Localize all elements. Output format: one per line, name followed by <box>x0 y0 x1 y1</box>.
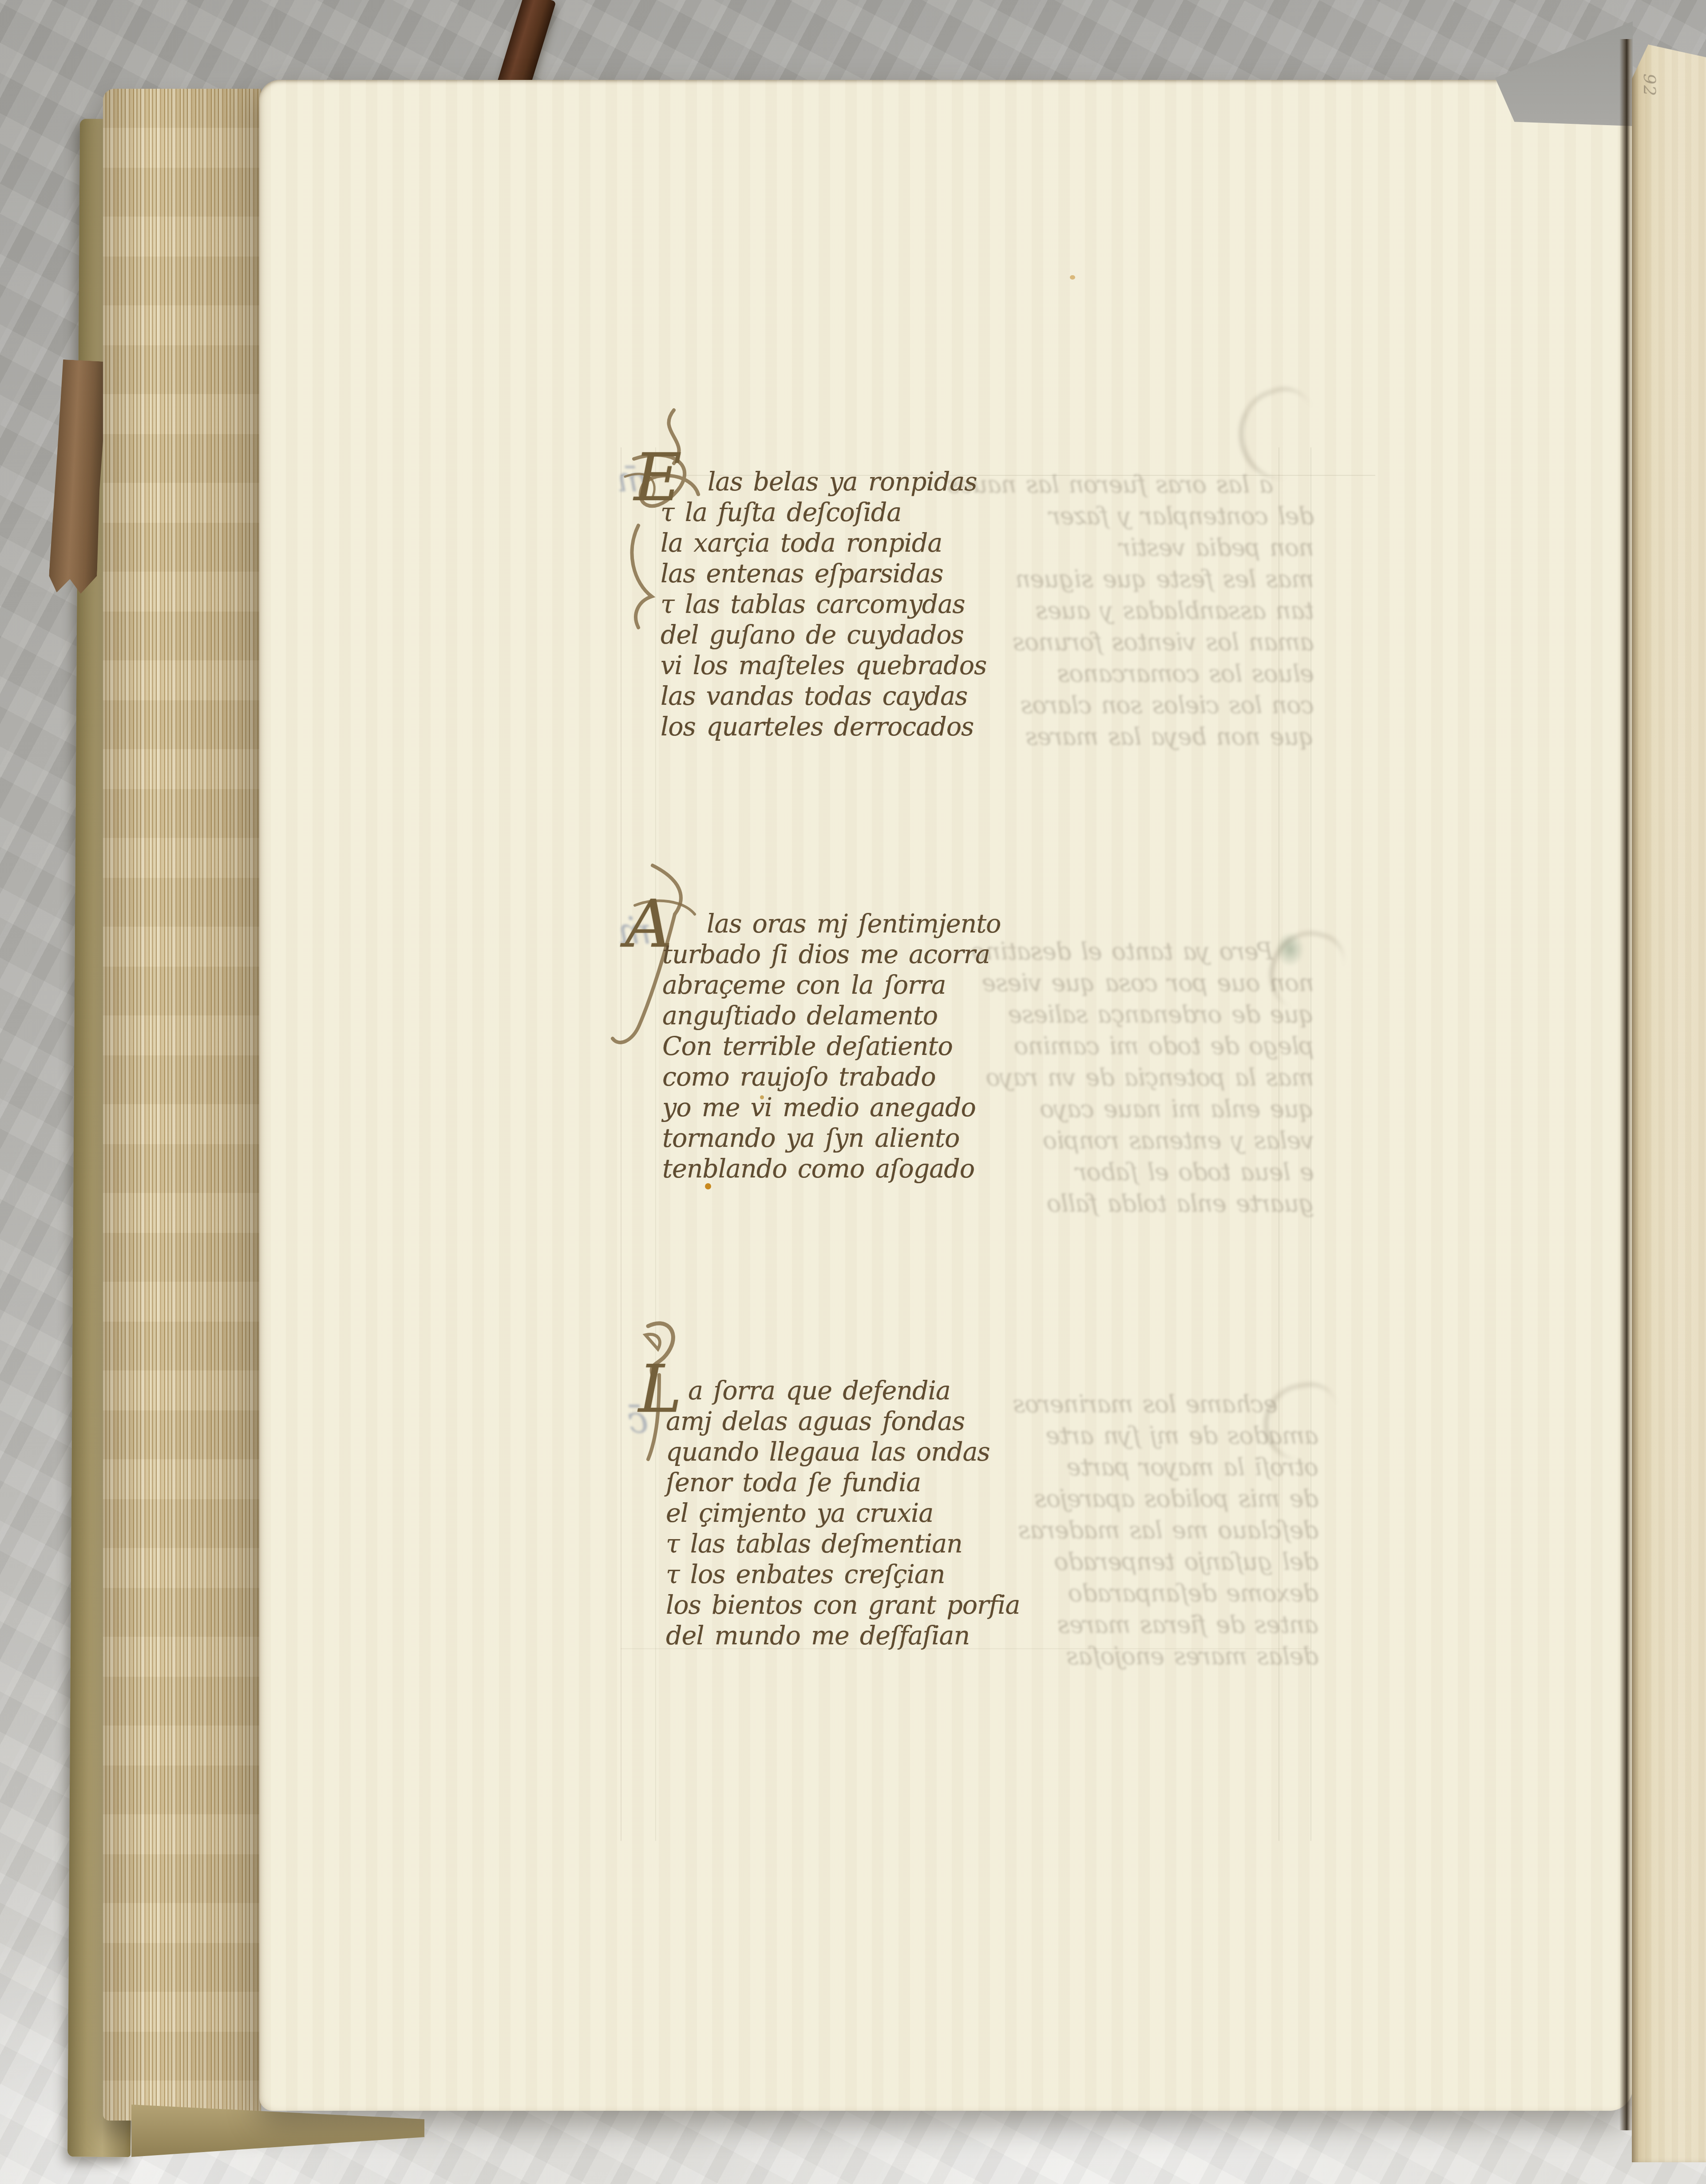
vellum-cover-bottom <box>131 2105 424 2157</box>
verse-line: turbado ſi dios me acorra <box>662 940 1001 970</box>
verse-line: yo me vi medio anegado <box>662 1093 1001 1123</box>
verse-line: deſclauo me las maderas <box>1017 1514 1318 1546</box>
verse-line: Con terrible deſatiento <box>662 1031 1001 1062</box>
verse-line: mas les feste que siguen <box>1025 563 1314 595</box>
verse-line: guarte enla tolda fallo <box>1025 1188 1314 1219</box>
verse-line: tenblando como aſogado <box>662 1154 1001 1185</box>
verse-line: antes de fieras mares <box>1017 1609 1318 1640</box>
verse-line: delas mares enojoſas <box>1017 1640 1318 1672</box>
verse-line: τ las tablas carcomydas <box>661 589 986 620</box>
page-edges-stack <box>103 89 261 2121</box>
verse-line: non oue por cosa que viese <box>1025 967 1314 999</box>
verse-line: amj delas aguas fondas <box>666 1406 1020 1437</box>
verse-line: τ los enbates creſçian <box>666 1560 1020 1590</box>
verse-line: el çimjento ya cruxia <box>666 1498 1020 1529</box>
verse-line: e leua todo el ſabor <box>1025 1156 1314 1188</box>
ink-speck <box>760 1095 764 1099</box>
verse-line: dexome deſanparado <box>1017 1577 1318 1609</box>
verse-line: non pedia vestir <box>1025 532 1314 563</box>
verse-line: quando llegaua las ondas <box>666 1437 1020 1468</box>
verse-line: los quarteles derrocados <box>661 712 986 742</box>
verse-line: con los cielos son claros <box>1025 689 1314 721</box>
showthrough-block: Pero ya tanto el desatinonon oue por cos… <box>1025 936 1314 1219</box>
verse-line: que enla mi naue cayo <box>1025 1093 1314 1125</box>
verse-line: mas la potençia de vn rayo <box>1025 1062 1314 1093</box>
facing-page-edge: 92 <box>1632 23 1706 2162</box>
verse-line: aman los vientos forunos <box>1025 626 1314 658</box>
verse-line: abraçeme con la ſorra <box>662 970 1001 1001</box>
verse-line: τ las tablas deſmentian <box>666 1529 1020 1560</box>
stanza: las oras mj ſentimjentoturbado ſi dios m… <box>662 909 1001 1185</box>
verse-line: de mis polidos aparejos <box>1017 1483 1318 1514</box>
verse-line: tornando ya ſyn aliento <box>662 1123 1001 1154</box>
verse-line: a las oras fueron las naues <box>1025 469 1273 500</box>
folio-number: 92 <box>1640 74 1659 97</box>
ink-speck <box>1070 275 1075 280</box>
verse-line: las oras mj ſentimjento <box>707 909 1001 940</box>
verse-line: como raujoſo trabado <box>662 1062 1001 1093</box>
verse-line: las entenas eſparsidas <box>661 559 986 589</box>
verse-line: tan assanbladas y aues <box>1025 595 1314 626</box>
verse-line: que de ordenança saliese <box>1025 999 1314 1030</box>
verse-line: τ la fuſta deſcoſida <box>661 498 986 528</box>
verse-line: del guſano de cuydados <box>661 620 986 651</box>
verse-line: del contenplar y fazer <box>1025 500 1314 532</box>
verse-line: la xarçia toda ronpida <box>661 528 986 559</box>
verse-line: echame los marineros <box>1017 1388 1278 1420</box>
verse-line: las belas ya ronpidas <box>708 467 986 498</box>
verse-line: del mundo me deſfaſian <box>666 1621 1020 1651</box>
verse-line: otroſi la mayor parte <box>1017 1451 1318 1483</box>
stanza: las belas ya ronpidasτ la fuſta deſcoſid… <box>661 467 986 742</box>
verse-line: las vandas todas caydas <box>661 681 986 712</box>
showthrough-block: a las oras fueron las nauesdel contenpla… <box>1025 469 1314 752</box>
verse-line: los bientos con grant porfia <box>666 1590 1020 1621</box>
showthrough-block: echame los marinerosamados de mj ſyn art… <box>1017 1388 1318 1672</box>
verse-line: del guſanjo tenperado <box>1017 1546 1318 1577</box>
gutter-shadow <box>1619 39 1633 2130</box>
verse-line: ſenor toda ſe fundia <box>666 1468 1020 1498</box>
verse-line: que non beya las mares <box>1025 721 1314 752</box>
verse-line: vi los maſteles quebrados <box>661 651 986 681</box>
verse-line: a ſorra que defendia <box>688 1376 1020 1406</box>
ink-speck <box>705 1183 711 1189</box>
verse-line: plego de todo mi camino <box>1025 1030 1314 1062</box>
verse-line: Pero ya tanto el desatino <box>1025 936 1273 967</box>
stanza: a ſorra que defendiaamj delas aguas fond… <box>666 1376 1020 1651</box>
manuscript-photo: a las oras fueron las nauesdel contenpla… <box>0 0 1706 2184</box>
verse-line: velas y entenas ronpio <box>1025 1125 1314 1156</box>
ruling-line-left-outer <box>621 447 621 1841</box>
verse-line: eluos los comarcanos <box>1025 658 1314 689</box>
ruling-line-left-inner <box>655 447 656 1841</box>
verse-line: amados de mj ſyn arte <box>1017 1420 1318 1451</box>
verse-line: anguſtiado delamento <box>662 1001 1001 1031</box>
background-gap-at-gutter <box>1495 21 1633 126</box>
